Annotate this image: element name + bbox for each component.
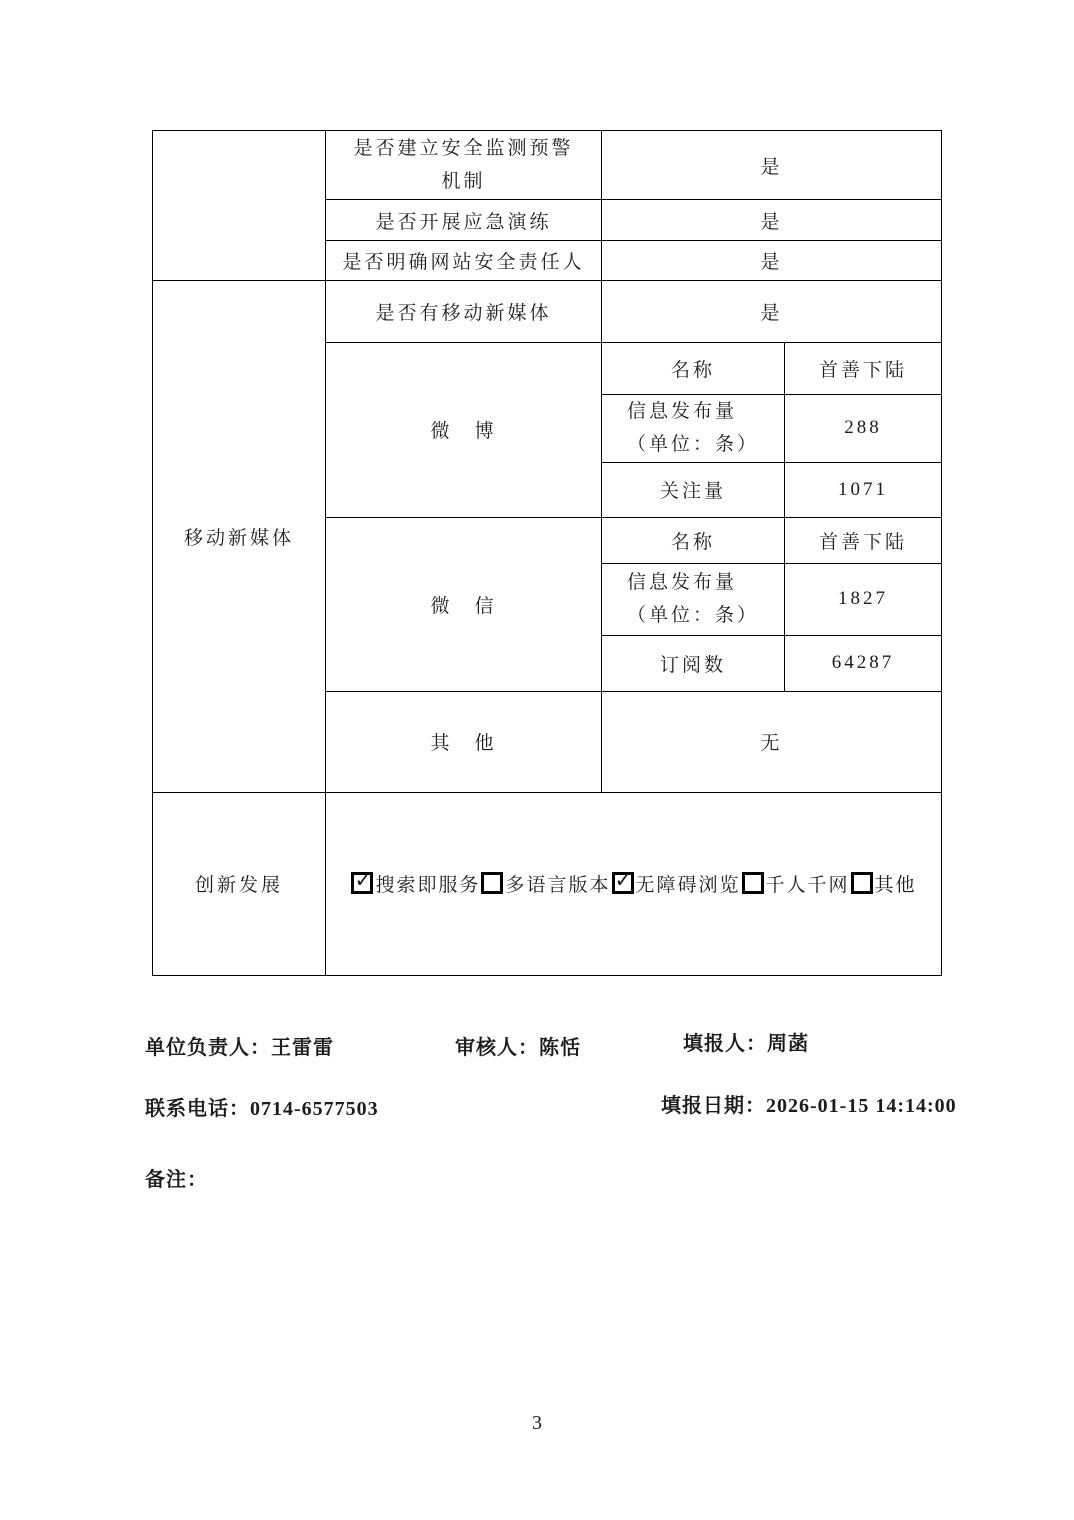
unit-head-value: 王雷雷 [271, 1037, 334, 1059]
innovation-option-other: 其他 [850, 875, 917, 896]
security-value-cell: 是 [602, 200, 942, 241]
unchecked-checkbox-icon [481, 872, 503, 894]
remarks-label: 备注： [145, 1169, 208, 1191]
table-row: 创新发展 ✓搜索即服务多语言版本✓无障碍浏览千人千网其他 [153, 792, 942, 975]
wechat-group-cell: 微 信 [326, 517, 602, 691]
filler-label: 填报人： [683, 1033, 767, 1055]
innovation-options-cell: ✓搜索即服务多语言版本✓无障碍浏览千人千网其他 [326, 792, 942, 975]
wechat-posts-label-cell: 信息发布量 （单位：条） [602, 563, 785, 635]
has-mobile-media-value-cell: 是 [602, 281, 942, 343]
filler-field: 填报人：周菡 [683, 1027, 809, 1056]
mobile-media-group-cell: 移动新媒体 [153, 281, 326, 793]
security-label-cell: 是否明确网站安全责任人 [326, 241, 602, 281]
has-mobile-media-label-cell: 是否有移动新媒体 [326, 281, 602, 343]
weibo-name-label-cell: 名称 [602, 343, 785, 395]
check-mark-icon: ✓ [615, 868, 633, 892]
fill-date-field: 填报日期：2026-01-15 14:14:00 [661, 1089, 957, 1118]
reviewer-field: 审核人：陈恬 [455, 1031, 581, 1060]
option-label: 搜索即服务 [375, 875, 480, 896]
weibo-posts-value-cell: 288 [785, 395, 942, 463]
security-label: 是否建立安全监测预警 机制 [353, 138, 573, 192]
wechat-posts-value-cell: 1827 [785, 563, 942, 635]
innovation-option-personalized: 千人千网 [741, 875, 850, 896]
fill-date-label: 填报日期： [661, 1095, 766, 1117]
security-group-cell [153, 131, 326, 281]
security-value-cell: 是 [602, 131, 942, 200]
innovation-option-accessibility: ✓无障碍浏览 [611, 875, 741, 896]
wechat-subscribers-value-cell: 64287 [785, 635, 942, 691]
phone-field: 联系电话：0714-6577503 [145, 1092, 379, 1121]
wechat-name-label-cell: 名称 [602, 517, 785, 563]
document-page: 是否建立安全监测预警 机制 是 是否开展应急演练 是 是否明确网站安全责任人 是… [0, 0, 1074, 1520]
unit-head-label: 单位负责人： [145, 1037, 271, 1059]
reviewer-label: 审核人： [455, 1037, 539, 1059]
option-label: 其他 [875, 875, 917, 896]
check-mark-icon: ✓ [354, 868, 372, 892]
weibo-followers-label-cell: 关注量 [602, 462, 785, 517]
remarks-field: 备注： [145, 1163, 208, 1192]
innovation-option-search-service: ✓搜索即服务 [350, 875, 480, 896]
wechat-subscribers-label-cell: 订阅数 [602, 635, 785, 691]
wechat-name-value-cell: 首善下陆 [785, 517, 942, 563]
other-media-value-cell: 无 [602, 691, 942, 792]
option-label: 千人千网 [766, 875, 850, 896]
table-row: 移动新媒体 是否有移动新媒体 是 [153, 281, 942, 343]
phone-label: 联系电话： [145, 1098, 250, 1120]
weibo-group-cell: 微 博 [326, 343, 602, 518]
security-label-cell: 是否建立安全监测预警 机制 [326, 131, 602, 200]
report-table: 是否建立安全监测预警 机制 是 是否开展应急演练 是 是否明确网站安全责任人 是… [152, 130, 942, 976]
security-value-cell: 是 [602, 241, 942, 281]
weibo-name-value-cell: 首善下陆 [785, 343, 942, 395]
fill-date-value: 2026-01-15 14:14:00 [766, 1095, 957, 1117]
innovation-group-cell: 创新发展 [153, 792, 326, 975]
unit-head-field: 单位负责人：王雷雷 [145, 1031, 334, 1060]
security-label-cell: 是否开展应急演练 [326, 200, 602, 241]
filler-value: 周菡 [767, 1033, 809, 1055]
phone-value: 0714-6577503 [250, 1098, 379, 1120]
page-number: 3 [0, 1412, 1074, 1435]
option-label: 无障碍浏览 [636, 875, 741, 896]
unchecked-checkbox-icon [742, 872, 764, 894]
table-row: 是否建立安全监测预警 机制 是 [153, 131, 942, 200]
checked-checkbox-icon: ✓ [612, 872, 634, 894]
checked-checkbox-icon: ✓ [351, 872, 373, 894]
weibo-posts-label-cell: 信息发布量 （单位：条） [602, 395, 785, 463]
other-media-label-cell: 其 他 [326, 691, 602, 792]
innovation-option-multilingual: 多语言版本 [480, 875, 610, 896]
wechat-posts-label: 信息发布量 （单位：条） [627, 566, 759, 633]
weibo-posts-label: 信息发布量 （单位：条） [627, 395, 759, 462]
unchecked-checkbox-icon [851, 872, 873, 894]
reviewer-value: 陈恬 [539, 1037, 581, 1059]
weibo-followers-value-cell: 1071 [785, 462, 942, 517]
option-label: 多语言版本 [505, 875, 610, 896]
